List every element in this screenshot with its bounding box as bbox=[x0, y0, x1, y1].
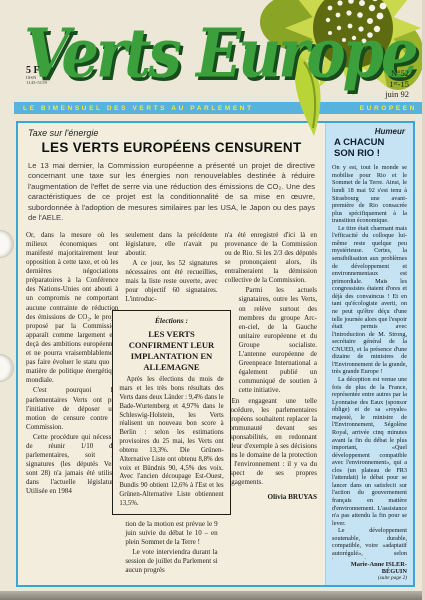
paragraph: tion de la motion est prévue le 9 juin s… bbox=[125, 520, 217, 547]
sidebar-body: On y est, tout le monde se mobilise pour… bbox=[332, 164, 407, 559]
paragraph: On y est, tout le monde se mobilise pour… bbox=[332, 164, 407, 225]
content-frame: Taxe sur l'énergie LES VERTS EUROPÉENS C… bbox=[16, 121, 415, 587]
publication-title: Verts Europe bbox=[24, 0, 416, 108]
column-3: n'a été enregistré d'ici là en provenanc… bbox=[225, 231, 317, 576]
paragraph: Le développement soutenable, durable, co… bbox=[332, 527, 407, 559]
paragraph: Cette procédure qui nécessite de réunir … bbox=[26, 433, 118, 497]
main-article: Taxe sur l'énergie LES VERTS EUROPÉENS C… bbox=[18, 123, 325, 585]
paragraph: n'a été enregistré d'ici là en provenanc… bbox=[225, 231, 317, 286]
sidebar-author-signature: Marie-Anne ISLER-BÉGUIN bbox=[332, 561, 407, 575]
paragraph: A ce jour, les 52 signatures nécessaires… bbox=[125, 259, 217, 304]
issue-dates: 1ᵉʳ-15 bbox=[385, 79, 409, 90]
scan-edge bbox=[0, 591, 425, 600]
paragraph: Le titre était charmant mais l'efficacit… bbox=[332, 225, 407, 376]
paragraph: C'est pourquoi les parlementaires Verts … bbox=[26, 386, 118, 431]
paragraph: Le vote interviendra durant la session d… bbox=[125, 548, 217, 575]
article-lead: Le 13 mai dernier, la Commission europée… bbox=[28, 161, 315, 224]
humeur-sidebar: Humeur A CHACUN SON RIO ! On y est, tout… bbox=[325, 123, 413, 585]
column-1: Or, dans la mesure où les milieux économ… bbox=[26, 231, 118, 576]
column-2: seulement dans la précédente législature… bbox=[125, 231, 217, 576]
price-block: 5 F ISSN 1143-5159 bbox=[26, 66, 47, 85]
paragraph: En engageant une telle procédure, les pa… bbox=[225, 397, 317, 488]
issn-number: 1143-5159 bbox=[26, 81, 47, 86]
newsletter-front-page: Verts Europe 5 F ISSN 1143-5159 N°52 1ᵉʳ… bbox=[0, 0, 425, 600]
paragraph: Or, dans la mesure où les milieux économ… bbox=[26, 231, 118, 386]
article-columns: Or, dans la mesure où les milieux économ… bbox=[26, 231, 317, 576]
issue-info: N°52 1ᵉʳ-15 juin 92 bbox=[385, 68, 409, 100]
paragraph: Parmi les actuels signataires, outre les… bbox=[239, 286, 317, 395]
hole-punch bbox=[0, 354, 14, 382]
issue-month: juin 92 bbox=[385, 89, 409, 100]
elections-body: Après les élections du mois de mars et l… bbox=[119, 376, 223, 508]
elections-title: LES VERTS CONFIRMENT LEUR IMPLANTATION E… bbox=[119, 329, 223, 372]
article-headline: LES VERTS EUROPÉENS CENSURENT bbox=[26, 140, 317, 155]
author-signature: Olivia BRUYAS bbox=[225, 493, 317, 502]
continuation-note: (suite page 2) bbox=[332, 575, 407, 581]
issue-number: N°52 bbox=[385, 68, 409, 79]
paragraph: La déception est venue une fois de plus … bbox=[332, 376, 407, 527]
elections-box: Élections : LES VERTS CONFIRMENT LEUR IM… bbox=[112, 310, 230, 515]
sidebar-title: A CHACUN SON RIO ! bbox=[334, 138, 407, 159]
elections-kicker: Élections : bbox=[119, 316, 223, 326]
paragraph: seulement dans la précédente législature… bbox=[125, 231, 217, 258]
hole-punch bbox=[0, 230, 14, 258]
